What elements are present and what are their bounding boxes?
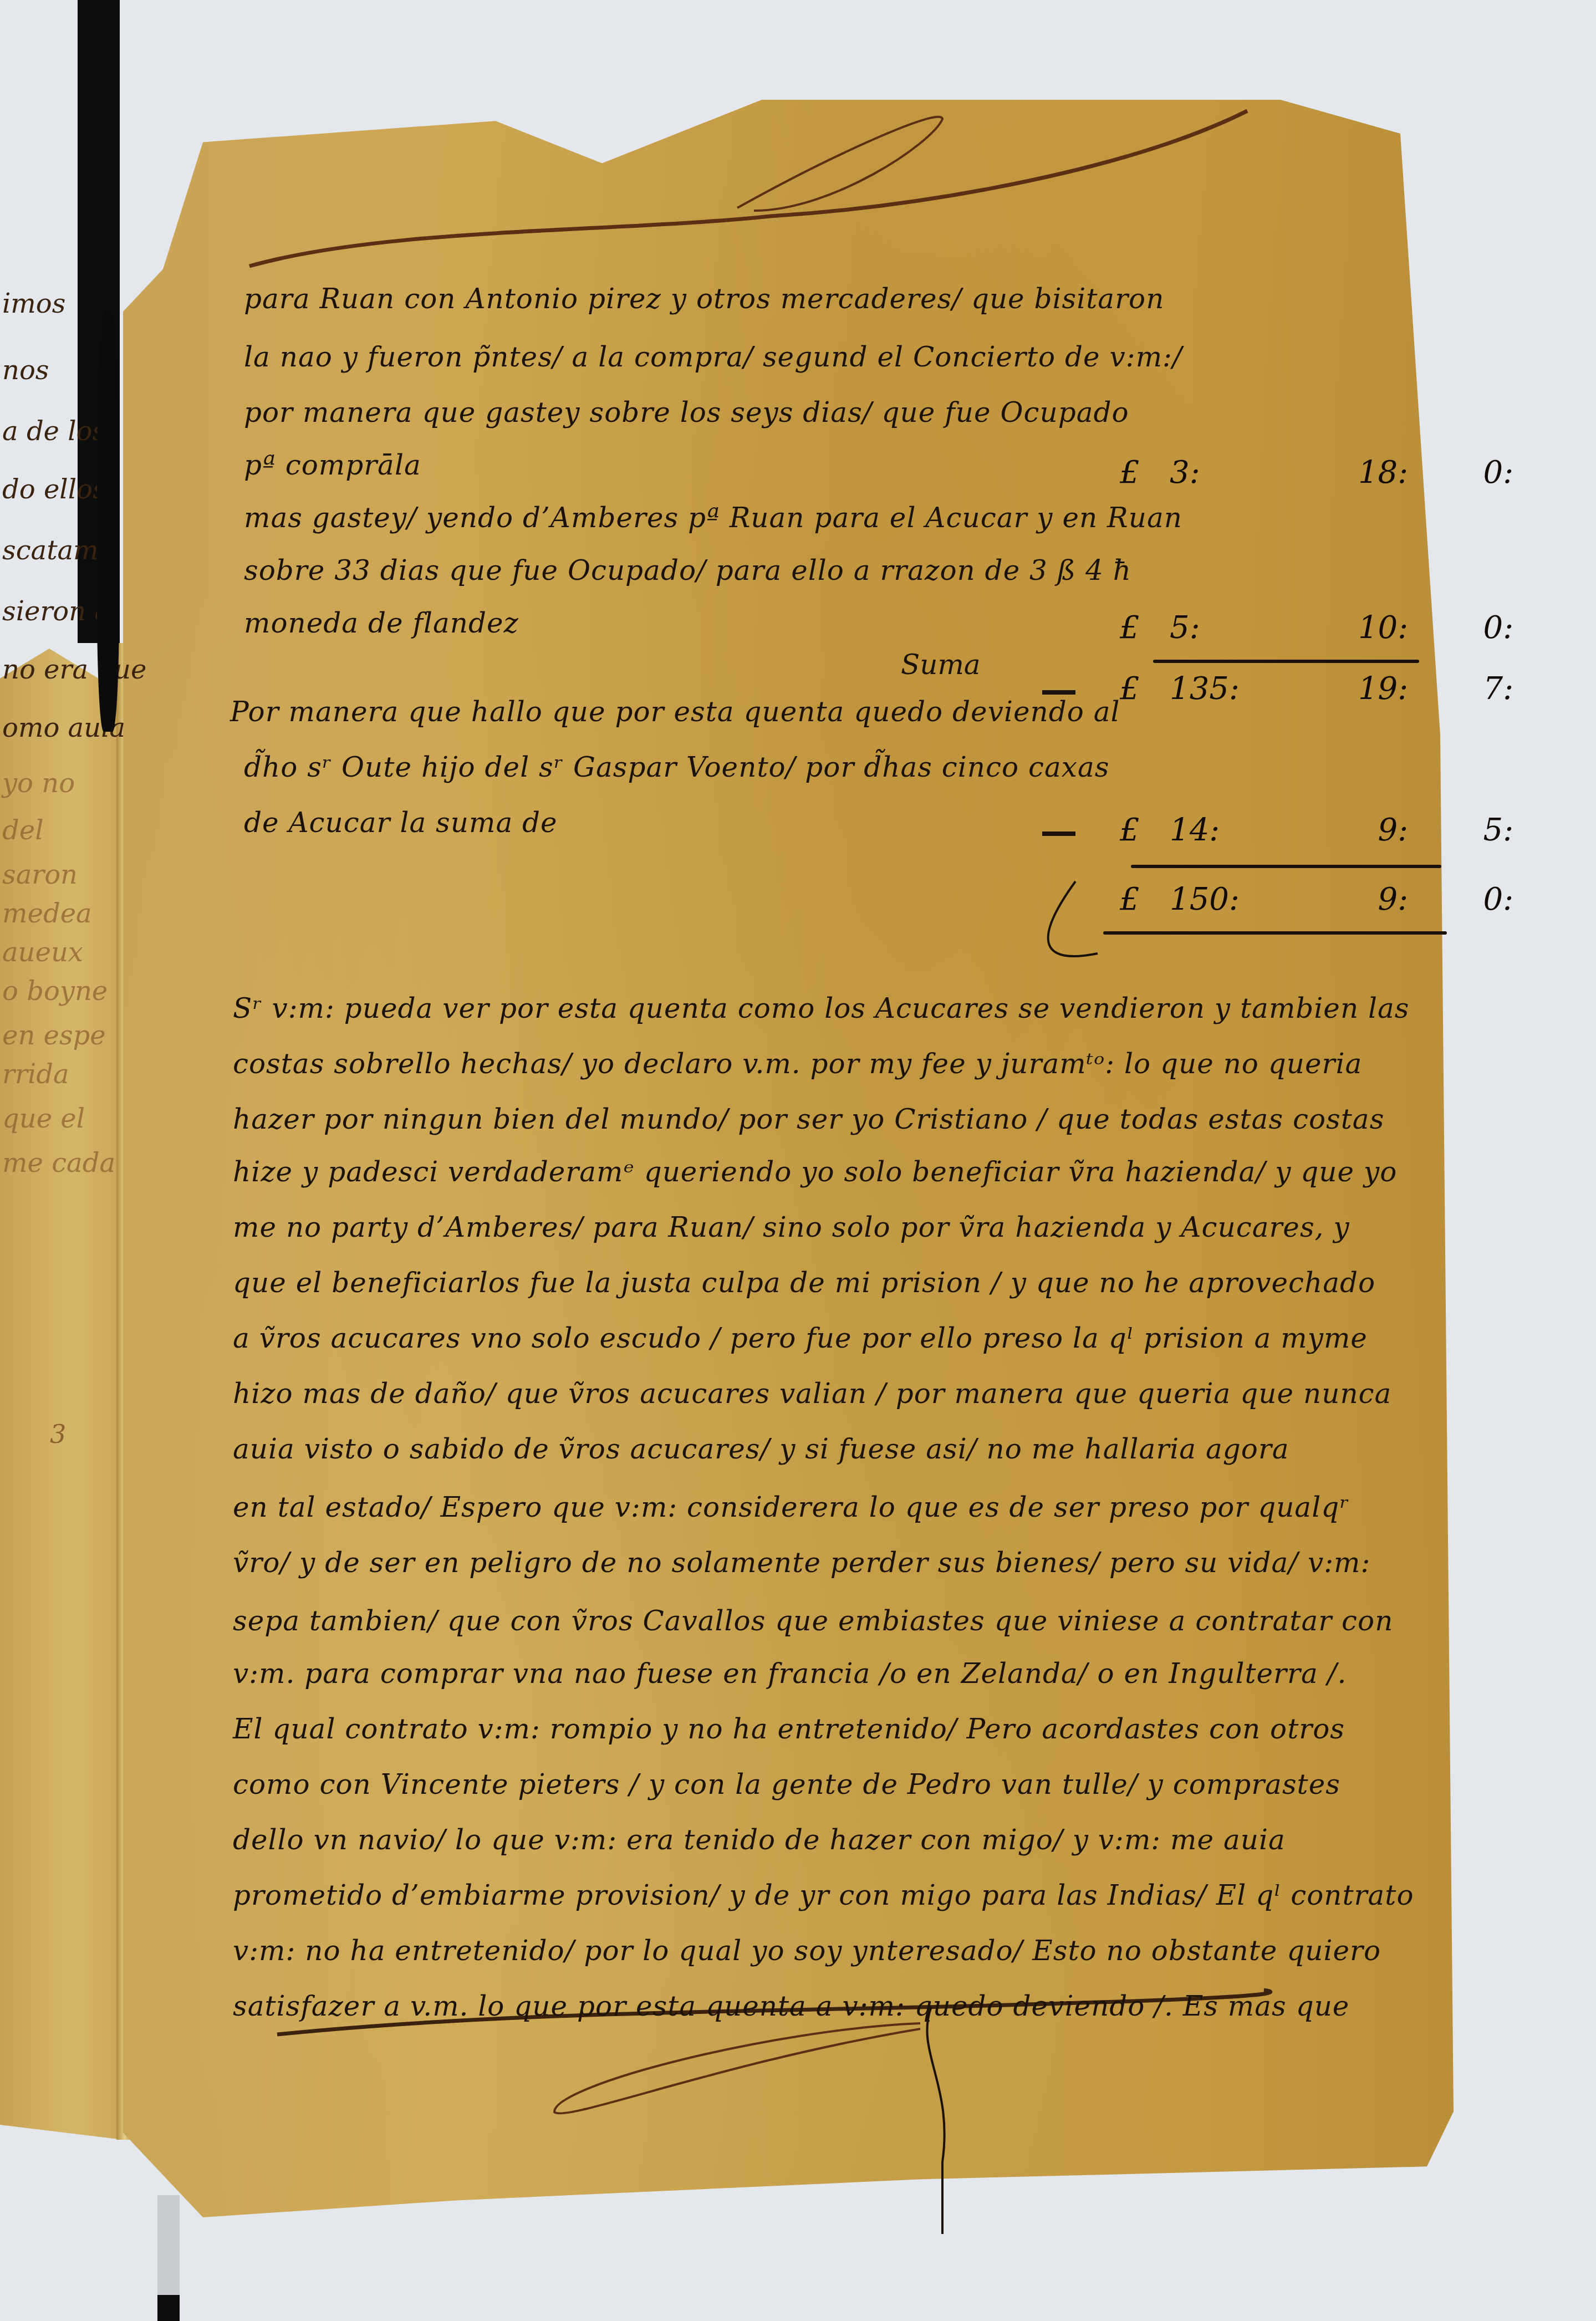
amount-shillings: 19: [1281, 671, 1408, 707]
total-amount: £ 150: 9: 0: [1120, 881, 1513, 917]
letter-line: ṽro/ y de ser en peligro de no solament… [233, 1547, 1370, 1579]
letter-line: a ṽros acucares vno solo escudo / pero … [233, 1322, 1368, 1354]
amount-pence: 0: [1408, 610, 1513, 646]
amount-pounds: 150: [1170, 881, 1281, 917]
account-line: por manera que gastey sobre los seys dia… [244, 396, 1129, 429]
letter-line: v:m: no ha entretenido/ por lo qual yo s… [233, 1935, 1381, 1967]
letter-line: prometido d’embiarme provision/ y de yr … [233, 1879, 1414, 1911]
manuscript-text: imos nos a de los do ellos scatami: sier… [0, 0, 1596, 2321]
scale-bar-bottom-segment [157, 2295, 180, 2321]
left-fragment-line: del [2, 815, 43, 846]
amount-pence: 0: [1408, 455, 1513, 491]
amount-pounds: 3: [1170, 455, 1281, 491]
left-fragment-line: rrida [2, 1059, 69, 1090]
page-number: 3 [50, 1419, 67, 1449]
letter-line: hizo mas de daño/ que ṽros acucares val… [233, 1378, 1391, 1410]
amount-shillings: 9: [1281, 881, 1408, 917]
left-fragment-line: imos [2, 288, 65, 319]
left-fragment-line: do ellos [2, 474, 106, 505]
balance-amount: £ 14: 9: 5: [1120, 812, 1513, 848]
total-underline [1103, 931, 1447, 935]
left-fragment-line: a de los [2, 416, 106, 447]
left-fragment-line: aueux [2, 937, 83, 968]
letter-line: costas sobrello hechas/ yo declaro v.m. … [233, 1048, 1362, 1080]
letter-line: como con Vincente pieters / y con la gen… [233, 1768, 1340, 1800]
amount-shillings: 9: [1281, 812, 1408, 848]
account-line: mas gastey/ yendo d’Amberes pª Ruan para… [244, 502, 1182, 534]
conclusion-line: Por manera que hallo que por esta quenta… [230, 696, 1120, 728]
left-fragment-line: en espe [2, 1020, 106, 1051]
conclusion-line: de Acucar la suma de [244, 807, 558, 839]
left-fragment-line: me cada [2, 1147, 115, 1179]
account-line: sobre 33 dias que fue Ocupado/ para ello… [244, 554, 1131, 586]
pound-sign: £ [1120, 455, 1170, 491]
amount-pounds: 135: [1170, 671, 1281, 707]
conclusion-line: d̃ho sʳ Oute hijo del sʳ Gaspar Voento/ … [244, 751, 1110, 783]
amount-shillings: 10: [1281, 610, 1408, 646]
pound-sign: £ [1120, 812, 1170, 848]
dash [1042, 690, 1075, 695]
letter-line: me no party d’Amberes/ para Ruan/ sino s… [233, 1211, 1350, 1243]
account-line: la nao y fueron p̃ntes/ a la compra/ seg… [244, 341, 1182, 373]
total-rule [1131, 865, 1441, 868]
letter-line: hazer por ningun bien del mundo/ por ser… [233, 1103, 1384, 1135]
left-fragment-line: medea [2, 898, 92, 929]
account-line: moneda de flandez [244, 607, 519, 639]
suma-label: Suma [901, 649, 981, 681]
amount-pounds: 14: [1170, 812, 1281, 848]
suma-amount: £ 135: 19: 7: [1120, 671, 1513, 707]
letter-line: dello vn navio/ lo que v:m: era tenido d… [233, 1824, 1286, 1856]
account-line: pª comprāla [244, 449, 421, 481]
left-fragment-line: que el [2, 1103, 85, 1134]
letter-line: auia visto o sabido de ṽros acucares/ y… [233, 1433, 1289, 1465]
letter-line: El qual contrato v:m: rompio y no ha ent… [233, 1713, 1345, 1745]
letter-line: satisfazer a v.m. lo que por esta quenta… [233, 1990, 1349, 2022]
letter-line: que el beneficiarlos fue la justa culpa … [233, 1267, 1375, 1299]
amount-pounds: 5: [1170, 610, 1281, 646]
pound-sign: £ [1120, 881, 1170, 917]
letter-line: hize y padesci verdaderamᵉ queriendo yo … [233, 1156, 1397, 1188]
dash [1042, 832, 1075, 836]
amount-pence: 0: [1408, 881, 1513, 917]
letter-line: sepa tambien/ que con ṽros Cavallos que… [233, 1605, 1393, 1637]
amount-row: £ 3: 18: 0: [1120, 455, 1513, 491]
amount-row: £ 5: 10: 0: [1120, 610, 1513, 646]
letter-line: en tal estado/ Espero que v:m: considere… [233, 1491, 1350, 1523]
left-fragment-line: yo no [2, 768, 75, 799]
sum-rule [1153, 660, 1419, 663]
left-fragment-line: o boyne [2, 976, 108, 1007]
amount-shillings: 18: [1281, 455, 1408, 491]
pound-sign: £ [1120, 671, 1170, 707]
amount-pence: 7: [1408, 671, 1513, 707]
pound-sign: £ [1120, 610, 1170, 646]
left-fragment-line: saron [2, 859, 78, 890]
letter-line: v:m. para comprar vna nao fuese en franc… [233, 1657, 1347, 1690]
left-fragment-line: no era que [2, 654, 146, 685]
left-fragment-line: nos [2, 355, 49, 386]
amount-pence: 5: [1408, 812, 1513, 848]
account-line: para Ruan con Antonio pirez y otros merc… [244, 283, 1164, 315]
letter-line: Sʳ v:m: pueda ver por esta quenta como l… [233, 992, 1409, 1024]
page-tear-hole [97, 310, 119, 732]
